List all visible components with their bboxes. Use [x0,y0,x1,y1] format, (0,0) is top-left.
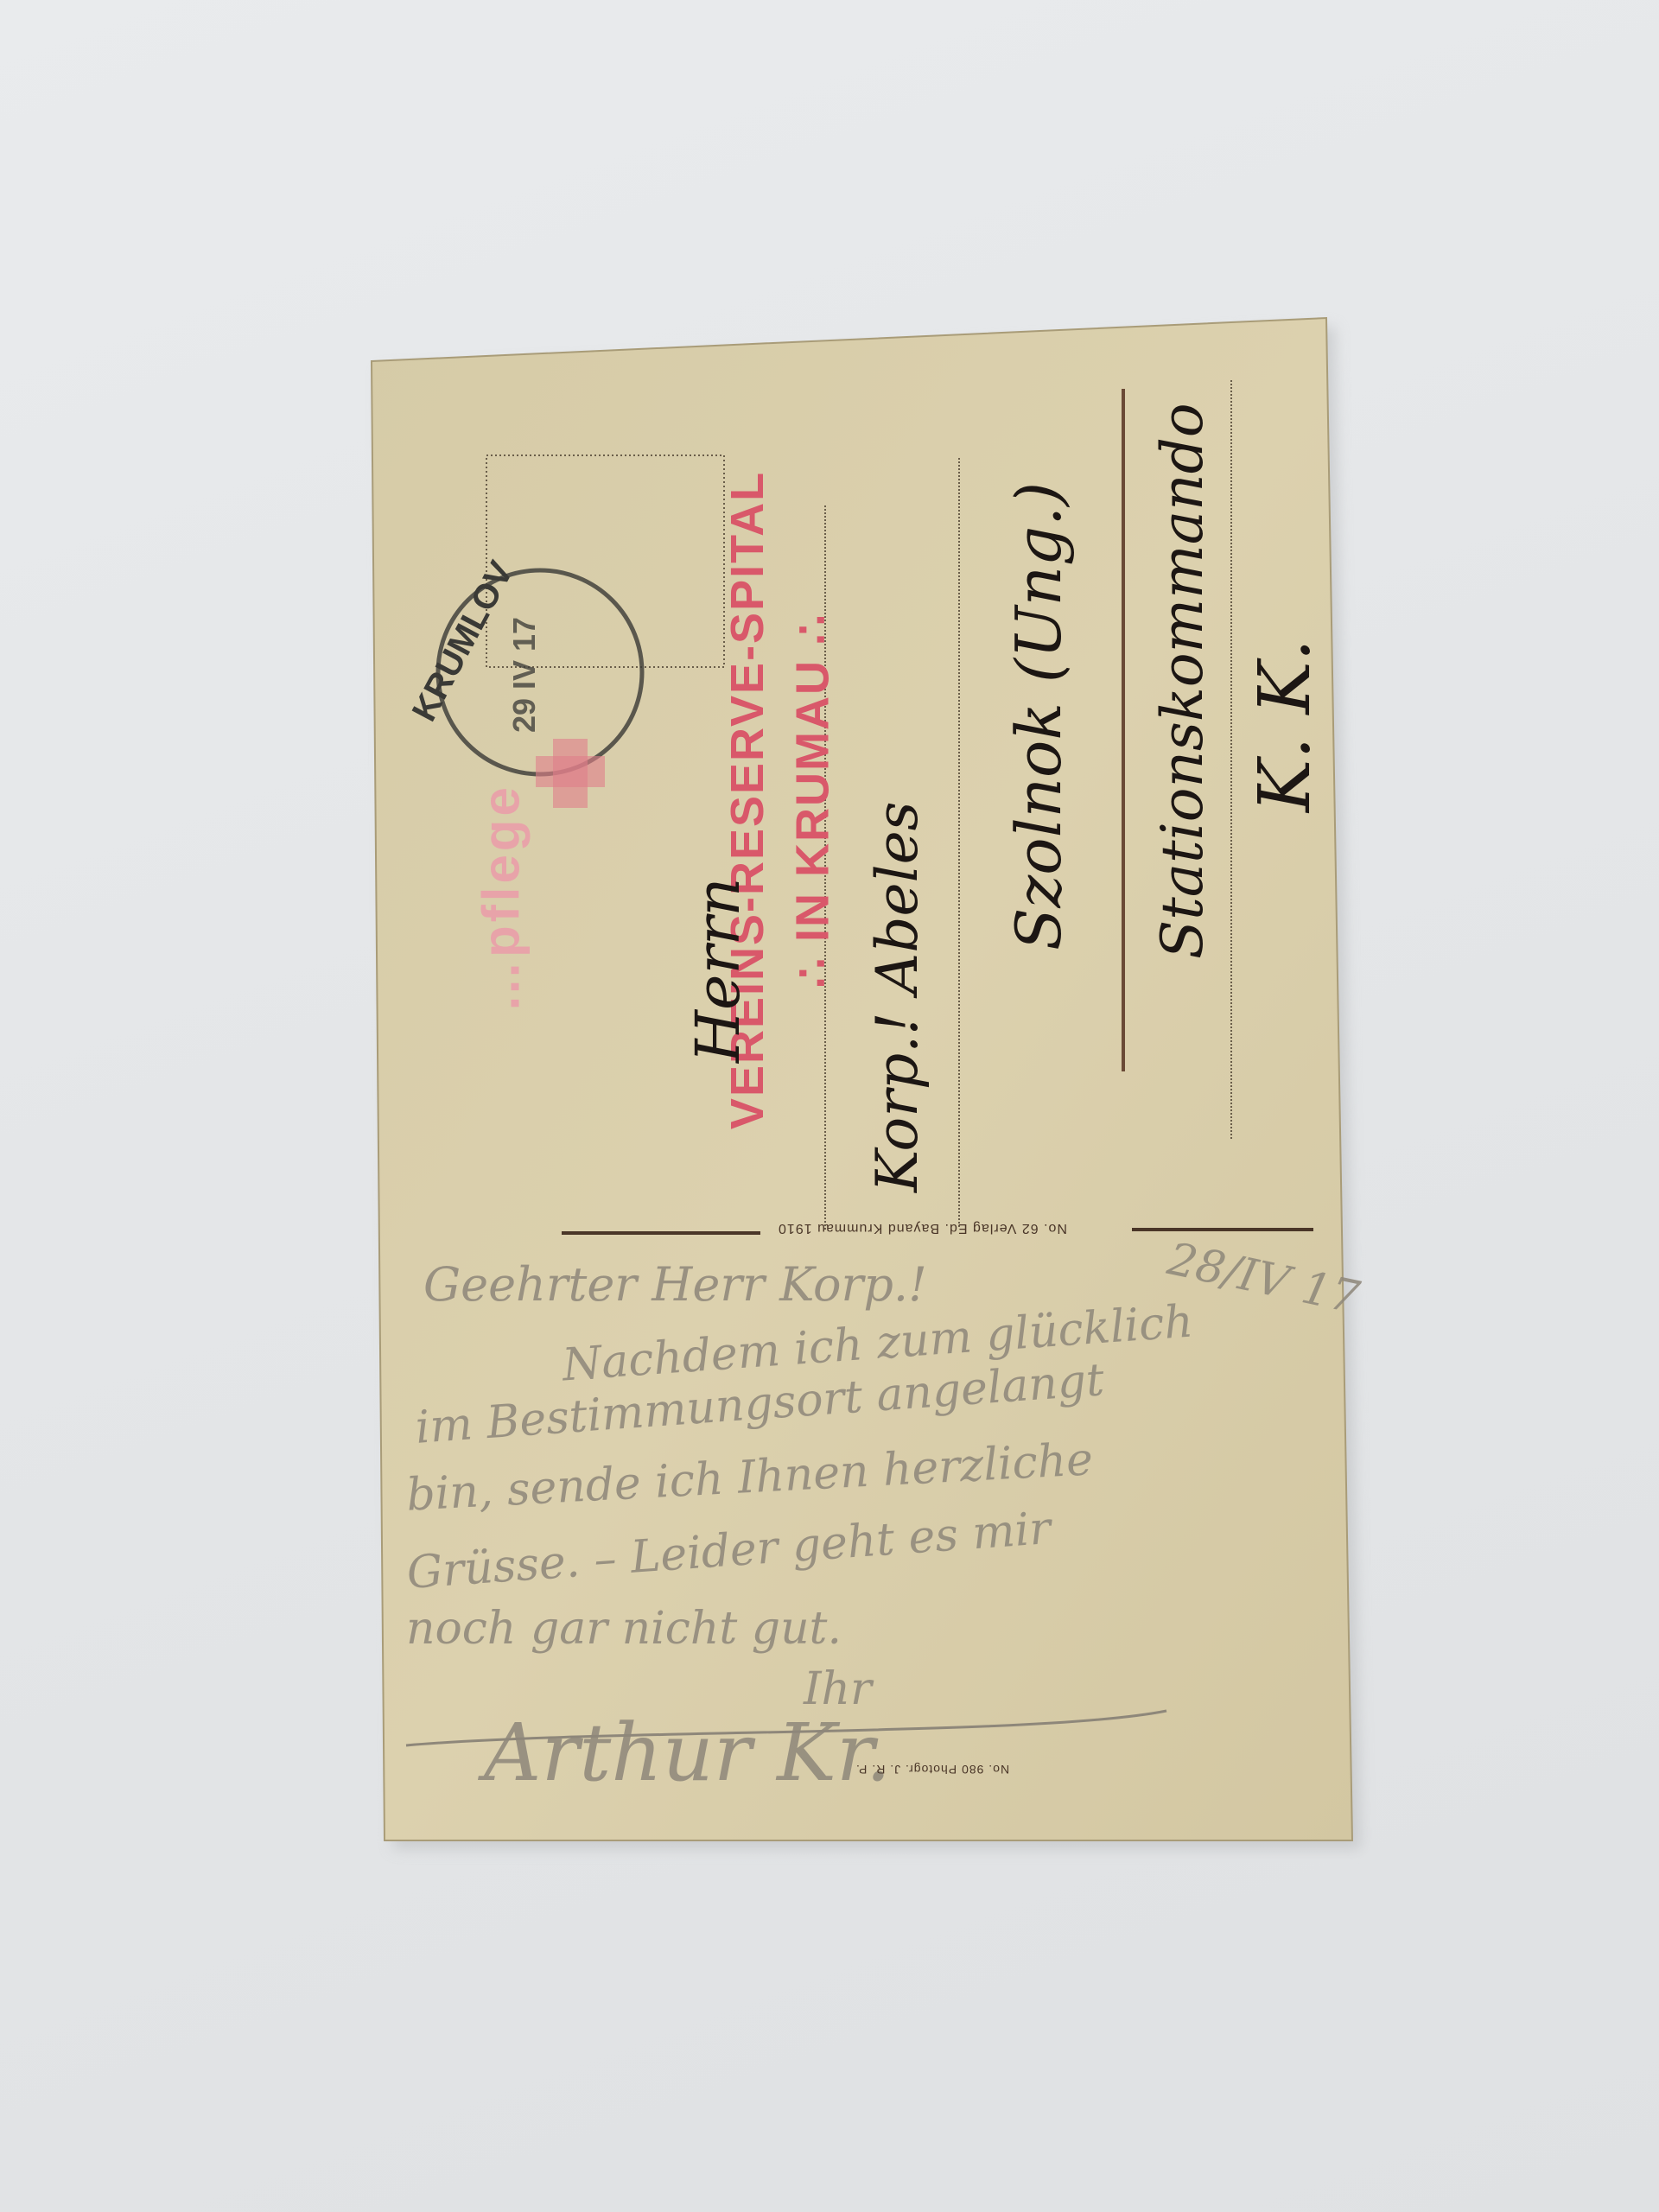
address-line5: K. K. [1244,639,1326,812]
red-stamp-line2: ∴ IN KRUMAU ∴ [785,455,840,1147]
photo-imprint: No. 980 Photogr. J. R. P. [855,1763,1009,1777]
message-signature: Arthur Kr. [484,1707,891,1799]
address-line1: Herrn [683,878,753,1063]
postcard-photo: VEREINS-RESERVE-SPITAL ∴ IN KRUMAU ∴ …pf… [0,0,1659,2212]
address-line4: Stationskommando [1149,403,1216,959]
message-line-5: noch gar nicht gut. [406,1603,842,1655]
address-line2: Korp.! Abeles [864,801,931,1192]
faint-red-stamp: …pflege [472,726,531,1071]
publisher-imprint: No. 62 Verlag Ed. Bayand Krummau 1910 [778,1220,1067,1236]
message-line-0: Geehrter Herr Korp.! [423,1257,927,1312]
address-line3: Szolnok (Ung.) [1002,482,1075,950]
postmark-date: 29 IV 17 [506,617,543,733]
